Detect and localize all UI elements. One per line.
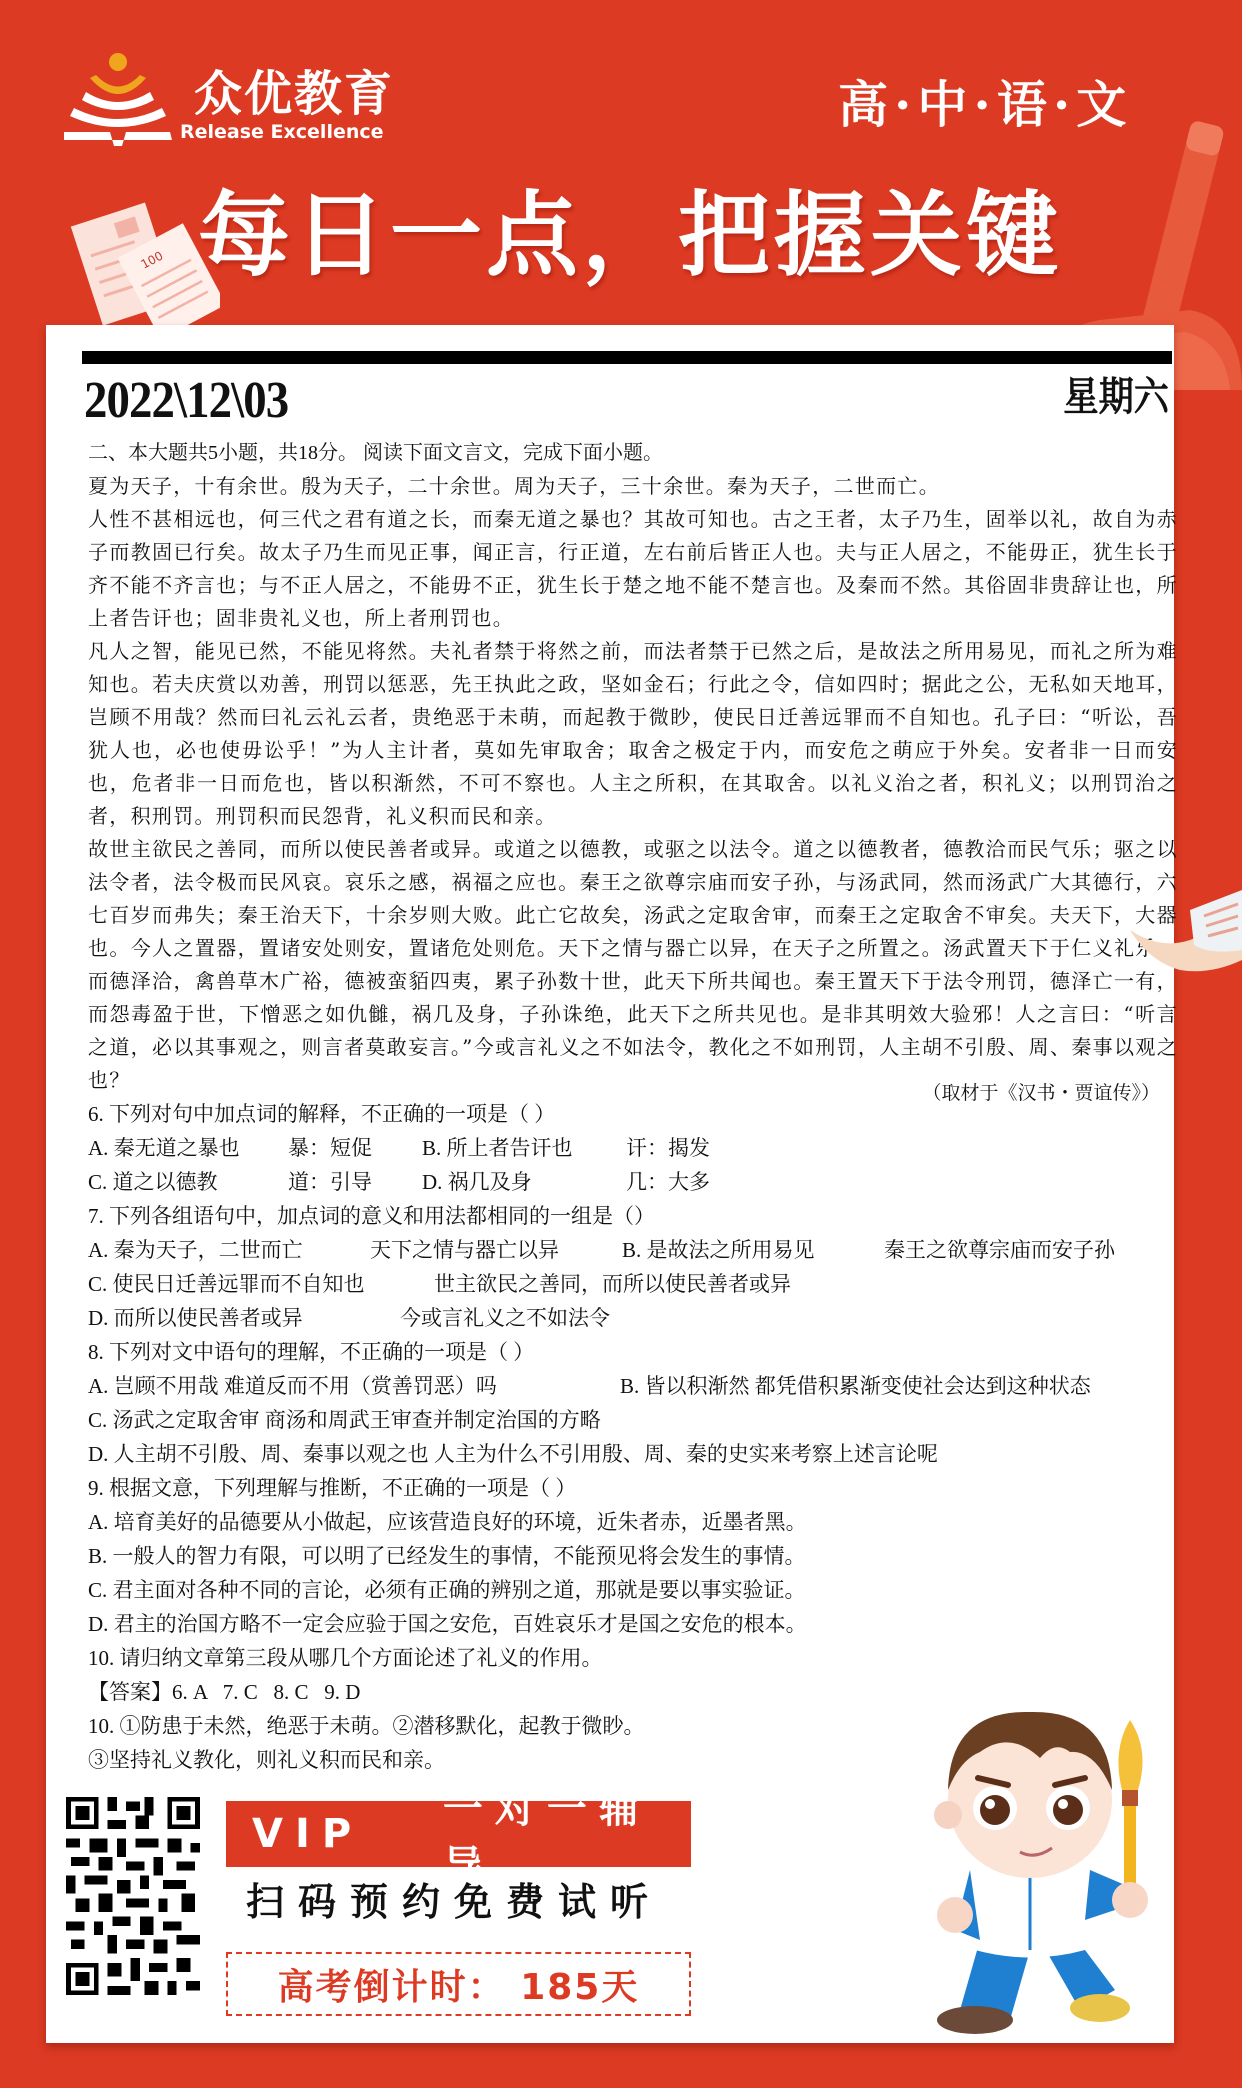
option-a: A. 秦无道之暴也 (88, 1131, 288, 1165)
option-c: C. 道之以德教 (88, 1165, 288, 1199)
logo-mark-icon (62, 50, 172, 150)
option-a: A. 秦为天子，二世而亡 (88, 1233, 370, 1267)
option-c: C. 使民日迁善远罪而不自知也 (88, 1267, 434, 1301)
option-b-pair: 秦王之欲尊宗庙而安子孙 (884, 1233, 1115, 1267)
question-stem: 10. 请归纳文章第三段从哪几个方面论述了礼义的作用。 (88, 1641, 1178, 1675)
vip-label: VIP (252, 1811, 443, 1857)
brand-logo: 众优教育 Release Excellence (62, 50, 422, 150)
vip-service: 一对一辅导 (443, 1777, 691, 1891)
option-c-pair: 世主欲民之善同，而所以使民善者或异 (434, 1267, 791, 1301)
option-row: D. 而所以使民善者或异今或言礼义之不如法令 (88, 1301, 1178, 1335)
top-rule (82, 351, 1172, 364)
passage-paragraph: 凡人之智，能见已然，不能见将然。夫礼者禁于将然之前，而法者禁于已然之后，是故法之… (88, 635, 1178, 833)
option-row: C. 汤武之定取舍审 商汤和周武王审查并制定治国的方略 (88, 1403, 1178, 1437)
option-d-gloss: 几：大多 (626, 1165, 710, 1199)
option-d-pair: 今或言礼义之不如法令 (400, 1301, 610, 1335)
question-stem: 8. 下列对文中语句的理解，不正确的一项是（ ） (88, 1335, 1178, 1369)
option-a-gloss: 暴：短促 (288, 1131, 422, 1165)
exam-countdown: 高考倒计时： 185天 (226, 1952, 691, 2016)
option-row: C. 道之以德教道：引导D. 祸几及身几：大多 (88, 1165, 1178, 1199)
vip-banner[interactable]: VIP 一对一辅导 (226, 1801, 691, 1867)
option-row: C. 使民日迁善远罪而不自知也世主欲民之善同，而所以使民善者或异 (88, 1267, 1178, 1301)
option-b: B. 皆以积渐然 都凭借积累渐变使社会达到这种状态 (620, 1369, 1091, 1403)
weekday-label: 星期六 (1063, 377, 1169, 417)
option-row: A. 培育美好的品德要从小做起，应该营造良好的环境，近朱者赤，近墨者黑。 (88, 1505, 1178, 1539)
option-row: D. 君主的治国方略不一定会应验于国之安危，百姓哀乐才是国之安危的根本。 (88, 1607, 1178, 1641)
passage-paragraph: 故世主欲民之善同，而所以使民善者或异。或道之以德教，或驱之以法令。道之以德教者，… (88, 833, 1178, 1097)
passage-paragraph: 人性不甚相远也，何三代之君有道之长，而秦无道之暴也？其故可知也。古之王者，太子乃… (88, 503, 1178, 635)
option-row: C. 君主面对各种不同的言论，必须有正确的辨别之道，那就是要以事实验证。 (88, 1573, 1178, 1607)
option-row: A. 秦为天子，二世而亡天下之情与器亡以异B. 是故法之所用易见秦王之欲尊宗庙而… (88, 1233, 1178, 1267)
option-b: B. 所上者告讦也 (422, 1131, 626, 1165)
brand-tagline: Release Excellence (180, 123, 384, 142)
classical-passage: 夏为天子，十有余世。殷为天子，二十余世。周为天子，三十余世。秦为天子，二世而亡。… (88, 470, 1178, 1097)
slogan-heading: 每日一点，把握关键 (198, 190, 1062, 282)
section-intro: 二、本大题共5小题，共18分。 阅读下面文言文，完成下面小题。 (88, 437, 1178, 470)
date-label: 2022\12\03 (84, 375, 288, 427)
option-d: D. 而所以使民善者或异 (88, 1301, 400, 1335)
question-stem: 9. 根据文意，下列理解与推断，不正确的一项是（ ） (88, 1471, 1178, 1505)
option-a-pair: 天下之情与器亡以异 (370, 1233, 622, 1267)
paper-scroll-icon (1130, 890, 1242, 980)
option-a: A. 岂顾不用哉 难道反而不用（赏善罚恶）吗 (88, 1369, 620, 1403)
option-c-gloss: 道：引导 (288, 1165, 422, 1199)
option-b: B. 是故法之所用易见 (622, 1233, 884, 1267)
passage-source: （取材于《汉书・贾谊传》） (922, 1077, 1160, 1110)
option-row: D. 人主胡不引殷、周、秦事以观之也 人主为什么不引用殷、周、秦的史实来考察上述… (88, 1437, 1178, 1471)
option-row: A. 岂顾不用哉 难道反而不用（赏善罚恶）吗B. 皆以积渐然 都凭借积累渐变使社… (88, 1369, 1178, 1403)
question-stem: 7. 下列各组语句中，加点词的意义和用法都相同的一组是（） (88, 1199, 1178, 1233)
option-row: A. 秦无道之暴也暴：短促B. 所上者告讦也讦：揭发 (88, 1131, 1178, 1165)
option-row: B. 一般人的智力有限，可以明了已经发生的事情，不能预见将会发生的事情。 (88, 1539, 1178, 1573)
option-d: D. 祸几及身 (422, 1165, 626, 1199)
mascot-boy-icon (880, 1690, 1170, 2040)
option-b-gloss: 讦：揭发 (626, 1131, 710, 1165)
passage-paragraph: 夏为天子，十有余世。殷为天子，二十余世。周为天子，三十余世。秦为天子，二世而亡。 (88, 470, 1178, 503)
scan-cta: 扫码预约免费试听 (246, 1883, 662, 1921)
brand-name: 众优教育 (194, 70, 394, 118)
qr-code-icon[interactable] (66, 1797, 200, 1995)
